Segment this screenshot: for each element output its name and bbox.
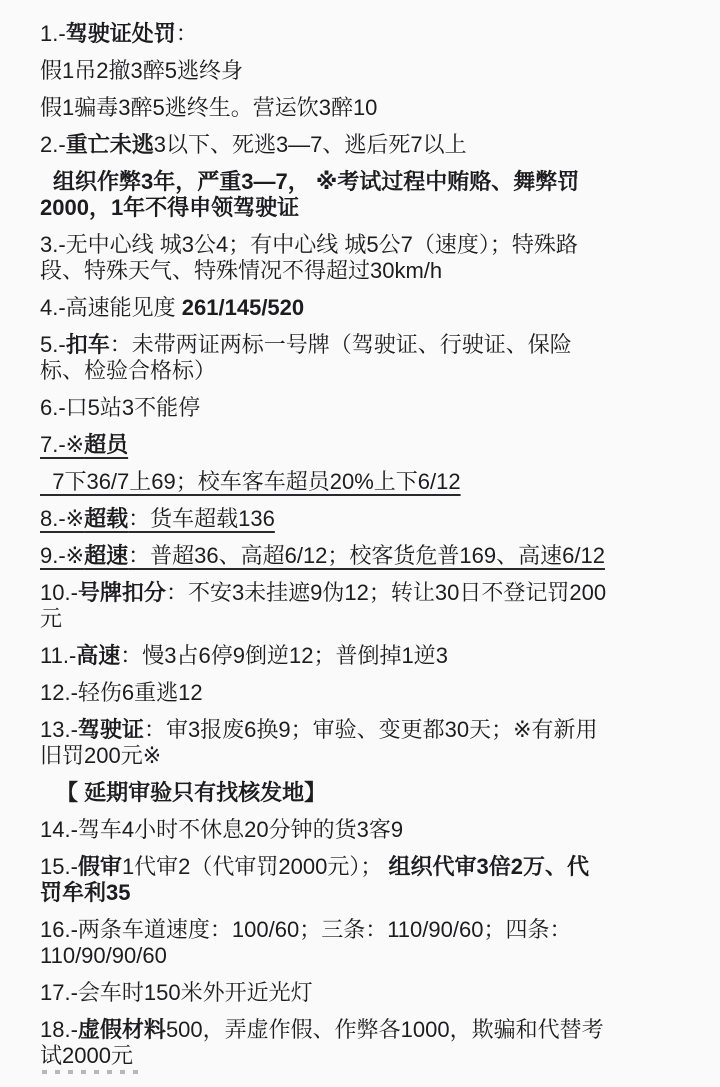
text-line: 12.-轻伤6重逃12 <box>40 680 686 706</box>
text-run: 3以下、死逃3—7、逃后死7以上 <box>154 132 467 157</box>
text-line: 18.-虚假材料500，弄虚作假、作弊各1000，欺骗和代替考 <box>40 1017 686 1043</box>
text-line: 110/90/90/60 <box>40 943 686 969</box>
item-1-line-a: 假1吊2撤3醉5逃终身 <box>40 58 686 84</box>
item-6: 6.-口5站3不能停 <box>40 395 686 421</box>
text-line: 假1骗毒3醉5逃终生。营运饮3醉10 <box>40 95 686 121</box>
text-run: ：审3报废6换9；审验、变更都30天；※有新用 <box>144 717 598 742</box>
document-page: { "page": { "background_color": "#fafafa… <box>0 0 720 1087</box>
text-run: ：慢3占6停9倒逆12；普倒掉1逆3 <box>120 643 448 668</box>
text-line: 标、检验合格标） <box>40 358 686 384</box>
text-line: 【 延期审验只有找核发地】 <box>40 780 686 806</box>
text-run: 1.- <box>40 21 66 46</box>
item-11: 11.-高速：慢3占6停9倒逆12；普倒掉1逆3 <box>40 643 686 669</box>
item-13: 13.-驾驶证：审3报废6换9；审验、变更都30天；※有新用旧罚200元※ <box>40 717 686 769</box>
text-line: 17.-会车时150米外开近光灯 <box>40 980 686 1006</box>
notes-list: 1.-驾驶证处罚：假1吊2撤3醉5逃终身假1骗毒3醉5逃终生。营运饮3醉102.… <box>0 0 720 1069</box>
text-run: 1代审2（代审罚2000元）； <box>122 854 389 879</box>
text-run: ：普超36、高超6/12；校客货危普169、高速6/12 <box>128 543 605 568</box>
item-8: 8.-※超载：货车超载136 <box>40 506 686 532</box>
text-line: 13.-驾驶证：审3报废6换9；审验、变更都30天；※有新用 <box>40 717 686 743</box>
text-run: 旧罚200元※ <box>40 743 161 768</box>
text-run: 2.- <box>40 132 66 157</box>
text-run: 13.- <box>40 717 78 742</box>
text-run: ：不安3未挂遮9伪12；转让30日不登记罚200 <box>166 580 606 605</box>
text-run: 7.-※ <box>40 432 84 457</box>
text-run: 段、特殊天气、特殊情况不得超过30km/h <box>40 258 442 283</box>
item-12: 12.-轻伤6重逃12 <box>40 680 686 706</box>
text-line: 旧罚200元※ <box>40 743 686 769</box>
item-18: 18.-虚假材料500，弄虚作假、作弊各1000，欺骗和代替考试2000元 <box>40 1017 686 1069</box>
text-run: 500，弄虚作假、作弊各1000，欺骗和代替考 <box>166 1017 604 1042</box>
text-line: 段、特殊天气、特殊情况不得超过30km/h <box>40 258 686 284</box>
text-run: 6.-口5站3不能停 <box>40 395 200 420</box>
text-run: 重亡未逃 <box>66 132 154 157</box>
text-run: 驾驶证 <box>78 717 144 742</box>
text-line: 1.-驾驶证处罚： <box>40 21 686 47</box>
text-line: 16.-两条车道速度：100/60；三条：110/90/60；四条： <box>40 917 686 943</box>
text-run: 假1骗毒3醉5逃终生。营运饮3醉10 <box>40 95 377 120</box>
text-run: 超速 <box>84 543 128 568</box>
text-run: 组织代审3倍2万、代 <box>388 854 588 879</box>
text-run: 261/145/520 <box>182 295 304 320</box>
text-run: 假审 <box>78 854 122 879</box>
item-2-note-cheating: 组织作弊3年，严重3—7， ※考试过程中贿赂、舞弊罚2000，1年不得申领驾驶证 <box>40 169 686 221</box>
text-run: 5.- <box>40 332 66 357</box>
text-line: 10.-号牌扣分：不安3未挂遮9伪12；转让30日不登记罚200 <box>40 580 686 606</box>
item-4: 4.-高速能见度 261/145/520 <box>40 295 686 321</box>
text-run: 高速 <box>76 643 120 668</box>
text-run: 8.-※ <box>40 506 84 531</box>
text-line: 11.-高速：慢3占6停9倒逆12；普倒掉1逆3 <box>40 643 686 669</box>
text-run: 11.- <box>40 643 76 668</box>
text-run: 假1吊2撤3醉5逃终身 <box>40 58 243 83</box>
text-line: 组织作弊3年，严重3—7， ※考试过程中贿赂、舞弊罚 <box>40 169 686 195</box>
text-line: 14.-驾车4小时不休息20分钟的货3客9 <box>40 817 686 843</box>
text-run: 16.-两条车道速度：100/60；三条：110/90/60；四条： <box>40 917 571 942</box>
text-run: 14.-驾车4小时不休息20分钟的货3客9 <box>40 817 403 842</box>
item-7: 7.-※超员 <box>40 432 686 458</box>
item-1-line-b: 假1骗毒3醉5逃终生。营运饮3醉10 <box>40 95 686 121</box>
text-line: 15.-假审1代审2（代审罚2000元）； 组织代审3倍2万、代 <box>40 854 686 880</box>
item-9: 9.-※超速：普超36、高超6/12；校客货危普169、高速6/12 <box>40 543 686 569</box>
text-line: 9.-※超速：普超36、高超6/12；校客货危普169、高速6/12 <box>40 543 686 569</box>
text-run: 超员 <box>84 432 128 457</box>
text-run: 110/90/90/60 <box>40 943 167 968</box>
text-run: 组织作弊3年，严重3—7， ※考试过程中贿赂、舞弊罚 <box>53 169 579 194</box>
text-run: 超载 <box>84 506 128 531</box>
item-3: 3.-无中心线 城3公4；有中心线 城5公7（速度）；特殊路段、特殊天气、特殊情… <box>40 232 686 284</box>
text-run: 18.- <box>40 1017 78 1042</box>
text-run: 虚假材料 <box>78 1017 166 1042</box>
text-line: 3.-无中心线 城3公4；有中心线 城5公7（速度）；特殊路 <box>40 232 686 258</box>
text-line: 4.-高速能见度 261/145/520 <box>40 295 686 321</box>
item-2: 2.-重亡未逃3以下、死逃3—7、逃后死7以上 <box>40 132 686 158</box>
text-run: 号牌扣分 <box>78 580 166 605</box>
text-line: 5.-扣车：未带两证两标一号牌（驾驶证、行驶证、保险 <box>40 332 686 358</box>
text-run: 元 <box>40 606 62 631</box>
text-line: 7下36/7上69；校车客车超员20%上下6/12 <box>40 469 686 495</box>
item-17: 17.-会车时150米外开近光灯 <box>40 980 686 1006</box>
text-run: 驾驶证处罚 <box>66 21 176 46</box>
text-run: 10.- <box>40 580 78 605</box>
item-13-note-review: 【 延期审验只有找核发地】 <box>40 780 686 806</box>
item-5: 5.-扣车：未带两证两标一号牌（驾驶证、行驶证、保险标、检验合格标） <box>40 332 686 384</box>
text-line: 元 <box>40 606 686 632</box>
text-line: 6.-口5站3不能停 <box>40 395 686 421</box>
text-run: 罚牟利35 <box>40 880 130 905</box>
text-line: 罚牟利35 <box>40 880 686 906</box>
item-10: 10.-号牌扣分：不安3未挂遮9伪12；转让30日不登记罚200元 <box>40 580 686 632</box>
text-run: 3.-无中心线 城3公4；有中心线 城5公7（速度）；特殊路 <box>40 232 578 257</box>
text-run: ：未带两证两标一号牌（驾驶证、行驶证、保险 <box>110 332 572 357</box>
text-line: 假1吊2撤3醉5逃终身 <box>40 58 686 84</box>
item-15: 15.-假审1代审2（代审罚2000元）； 组织代审3倍2万、代罚牟利35 <box>40 854 686 906</box>
text-run: 9.-※ <box>40 543 84 568</box>
item-16: 16.-两条车道速度：100/60；三条：110/90/60；四条：110/90… <box>40 917 686 969</box>
cutoff-next-line-fragment <box>42 1070 146 1074</box>
text-run: ： <box>176 21 198 46</box>
text-line: 2.-重亡未逃3以下、死逃3—7、逃后死7以上 <box>40 132 686 158</box>
text-run: 15.- <box>40 854 78 879</box>
text-line: 7.-※超员 <box>40 432 686 458</box>
text-line: 2000，1年不得申领驾驶证 <box>40 195 686 221</box>
text-run: 4.-高速能见度 <box>40 295 182 320</box>
text-run: 2000，1年不得申领驾驶证 <box>40 195 299 220</box>
text-run: 扣车 <box>66 332 110 357</box>
text-line: 8.-※超载：货车超载136 <box>40 506 686 532</box>
text-line: 试2000元 <box>40 1043 686 1069</box>
item-14: 14.-驾车4小时不休息20分钟的货3客9 <box>40 817 686 843</box>
text-run: 17.-会车时150米外开近光灯 <box>40 980 313 1005</box>
text-run: 12.-轻伤6重逃12 <box>40 680 203 705</box>
text-run: 7下36/7上69；校车客车超员20%上下6/12 <box>40 469 461 494</box>
text-run: 【 延期审验只有找核发地】 <box>56 780 326 805</box>
text-run: 试2000元 <box>40 1043 133 1068</box>
item-1-heading: 1.-驾驶证处罚： <box>40 21 686 47</box>
text-run: ：货车超载136 <box>128 506 275 531</box>
item-7-detail: 7下36/7上69；校车客车超员20%上下6/12 <box>40 469 686 495</box>
text-run: 标、检验合格标） <box>40 358 216 383</box>
